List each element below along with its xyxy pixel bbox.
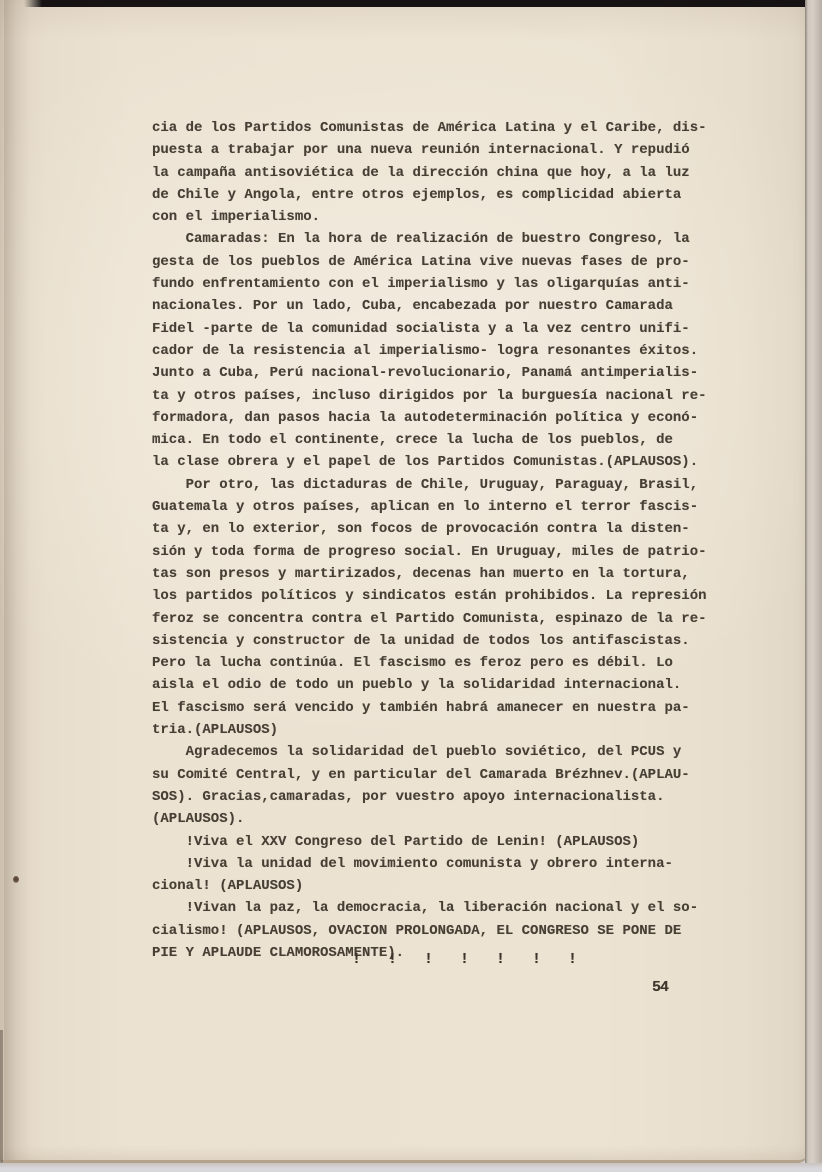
typewritten-text: cia de los Partidos Comunistas de Améric… [152, 117, 752, 964]
binding-shadow [4, 0, 30, 1160]
ink-dot [13, 876, 19, 883]
paragraph: Camaradas: En la hora de realización de … [152, 228, 752, 473]
scan-bottom-edge [0, 1163, 822, 1172]
page-number: 54 [652, 979, 668, 996]
scanned-document-page: cia de los Partidos Comunistas de Améric… [0, 0, 822, 1172]
paragraph: !Viva el XXV Congreso del Partido de Len… [152, 831, 752, 853]
paragraph: cia de los Partidos Comunistas de Améric… [152, 117, 752, 228]
paragraph: Por otro, las dictaduras de Chile, Urugu… [152, 474, 752, 742]
paragraph: !Viva la unidad del movimiento comunista… [152, 853, 752, 898]
scan-top-edge [24, 0, 822, 7]
scan-left-edge [0, 1030, 3, 1163]
paragraph: Agradecemos la solidaridad del pueblo so… [152, 741, 752, 830]
adjacent-page-edge [805, 0, 822, 1172]
separator-marks: ! ! ! ! ! ! ! [352, 951, 577, 968]
